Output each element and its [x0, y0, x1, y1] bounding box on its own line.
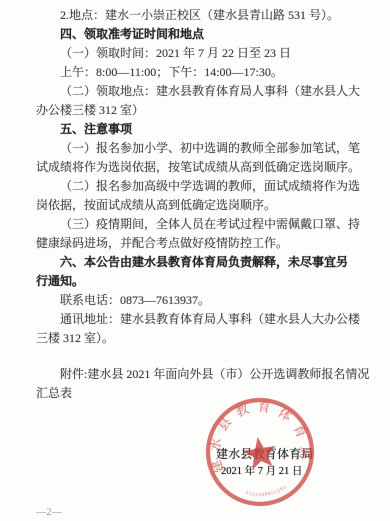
page-number: —2— [36, 507, 63, 518]
document-body: 2.地点：建水一小崇正校区（建水县青山路 531 号）。四、领取准考证时间和地点… [36, 6, 376, 348]
document-line: （三）疫情期间，全体人员在考试过程中需佩戴口罩、持 [36, 215, 376, 234]
document-line: 行通知。 [36, 272, 376, 291]
document-line: 通讯地址：建水县教育体育局人事科（建水县人大办公楼 [36, 310, 376, 329]
seal-star-icon [241, 434, 278, 470]
seal-graphic: 建水县教育体育局 5325098851203 [196, 388, 324, 516]
document-line: 试成绩将作为选岗依据，按笔试成绩从高到低确定选岗顺序。 [36, 158, 376, 177]
document-line: 六、本公告由建水县教育体育局负责解释，未尽事宜另 [36, 253, 376, 272]
document-line: 联系电话：0873—7613937。 [36, 291, 376, 310]
official-seal: 建水县教育体育局 5325098851203 [204, 396, 316, 508]
document-line: 办公楼三楼 312 室） [36, 101, 376, 120]
document-line: （一）报名参加小学、初中选调的教师全部参加笔试，笔 [36, 139, 376, 158]
document-line: 四、领取准考证时间和地点 [36, 25, 376, 44]
document-line: 附件:建水县 2021 年面向外县（市）公开选调教师报名情况 [36, 365, 376, 384]
document-line: 上午：8:00—11:00；下午：14:00—17:30。 [36, 63, 376, 82]
document-line: 岗依据，按面试成绩从高到低确定选岗顺序。 [36, 196, 376, 215]
document-line: （二）领取地点：建水县教育体育局人事科（建水县人大 [36, 82, 376, 101]
document-line: 2.地点：建水一小崇正校区（建水县青山路 531 号）。 [36, 6, 376, 25]
document-page: 2.地点：建水一小崇正校区（建水县青山路 531 号）。四、领取准考证时间和地点… [0, 0, 390, 521]
document-line: （一）领取时间：2021 年 7 月 22 日至 23 日 [36, 44, 376, 63]
document-line: （二）报名参加高级中学选调的教师，面试成绩将作为选 [36, 177, 376, 196]
document-line: 三楼 312 室）。 [36, 329, 376, 348]
document-line: 五、注意事项 [36, 120, 376, 139]
document-line: 健康绿码进场，并配合考点做好疫情防控工作。 [36, 234, 376, 253]
